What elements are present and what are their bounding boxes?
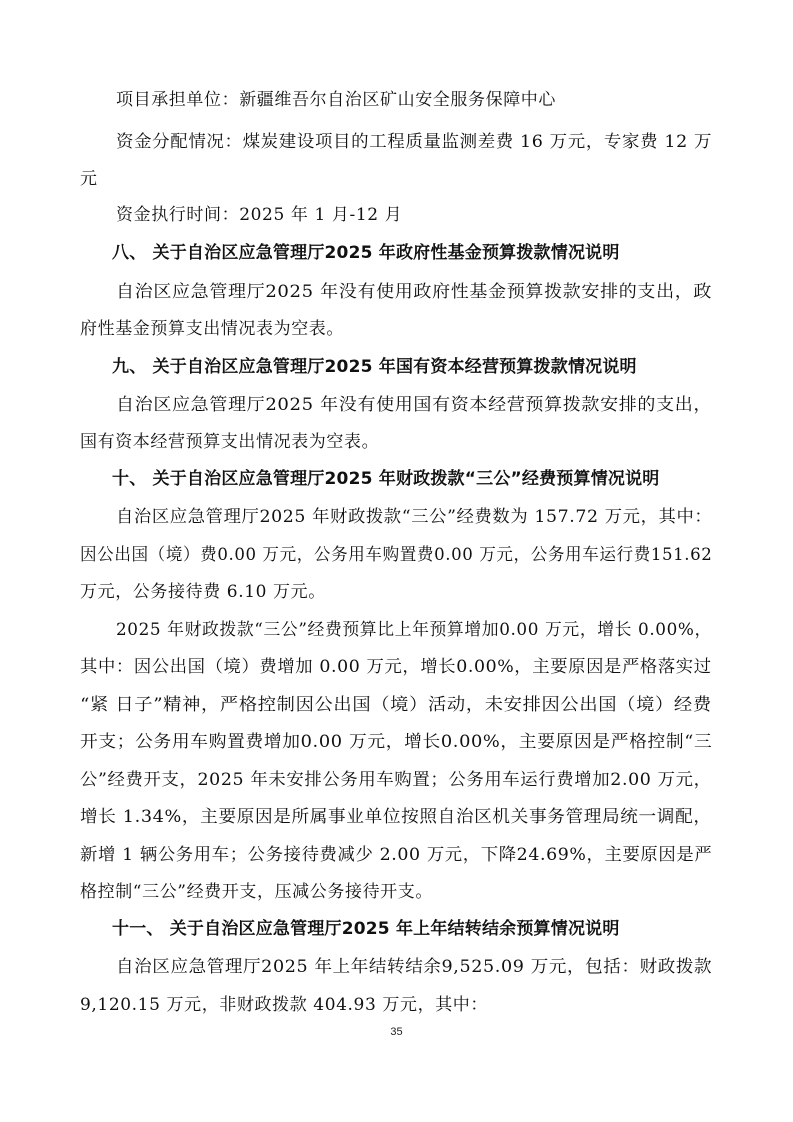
body-line: 因公出国（境）费0.00 万元，公务用车购置费0.00 万元，公务用车运行费15…: [80, 544, 712, 566]
body-line: 万元，公务接待费 6.10 万元。: [80, 581, 326, 603]
body-line: 格控制“三公”经费开支，压减公务接待开支。: [80, 881, 433, 903]
body-line-execution-time: 资金执行时间：2025 年 1 月-12 月: [116, 204, 402, 226]
body-line: 自治区应急管理厅2025 年没有使用政府性基金预算拨款安排的支出，政: [116, 281, 712, 303]
section-heading-10: 十、 关于自治区应急管理厅2025 年财政拨款“三公”经费预算情况说明: [112, 468, 660, 490]
section-heading-9: 九、 关于自治区应急管理厅2025 年国有资本经营预算拨款情况说明: [112, 356, 637, 378]
body-line: 其中：因公出国（境）费增加 0.00 万元，增长0.00%，主要原因是严格落实过: [80, 656, 712, 678]
body-line-project-unit: 项目承担单位：新疆维吾尔自治区矿山安全服务保障中心: [116, 89, 556, 111]
body-line: 开支；公务用车购置费增加0.00 万元，增长0.00%，主要原因是严格控制“三: [80, 731, 712, 753]
body-line: 公”经费开支，2025 年未安排公务用车购置；公务用车运行费增加2.00 万元，: [80, 769, 712, 791]
body-line: 自治区应急管理厅2025 年财政拨款“三公”经费数为 157.72 万元，其中：: [116, 506, 712, 528]
body-line: 国有资本经营预算支出情况表为空表。: [80, 431, 379, 453]
section-heading-8: 八、 关于自治区应急管理厅2025 年政府性基金预算拨款情况说明: [112, 242, 620, 264]
body-line: 元: [80, 168, 98, 190]
document-page: 项目承担单位：新疆维吾尔自治区矿山安全服务保障中心 资金分配情况：煤炭建设项目的…: [0, 0, 793, 1122]
body-line: 新增 1 辆公务用车；公务接待费减少 2.00 万元，下降24.69%，主要原因…: [80, 844, 712, 866]
body-line: 2025 年财政拨款“三公”经费预算比上年预算增加0.00 万元，增长 0.00…: [116, 619, 712, 641]
section-heading-11: 十一、 关于自治区应急管理厅2025 年上年结转结余预算情况说明: [112, 918, 620, 940]
page-number: 35: [0, 1026, 793, 1038]
body-line: 自治区应急管理厅2025 年没有使用国有资本经营预算拨款安排的支出，: [116, 394, 712, 416]
body-line: 府性基金预算支出情况表为空表。: [80, 318, 344, 340]
body-line: “紧 日子”精神，严格控制因公出国（境）活动，未安排因公出国（境）经费: [80, 694, 712, 716]
body-line: 自治区应急管理厅2025 年上年结转结余9,525.09 万元，包括：财政拨款: [116, 956, 712, 978]
body-line: 增长 1.34%，主要原因是所属事业单位按照自治区机关事务管理局统一调配，: [80, 806, 712, 828]
body-line: 9,120.15 万元，非财政拨款 404.93 万元，其中：: [80, 994, 488, 1016]
body-line-fund-allocation: 资金分配情况：煤炭建设项目的工程质量监测差费 16 万元，专家费 12 万: [116, 131, 712, 153]
